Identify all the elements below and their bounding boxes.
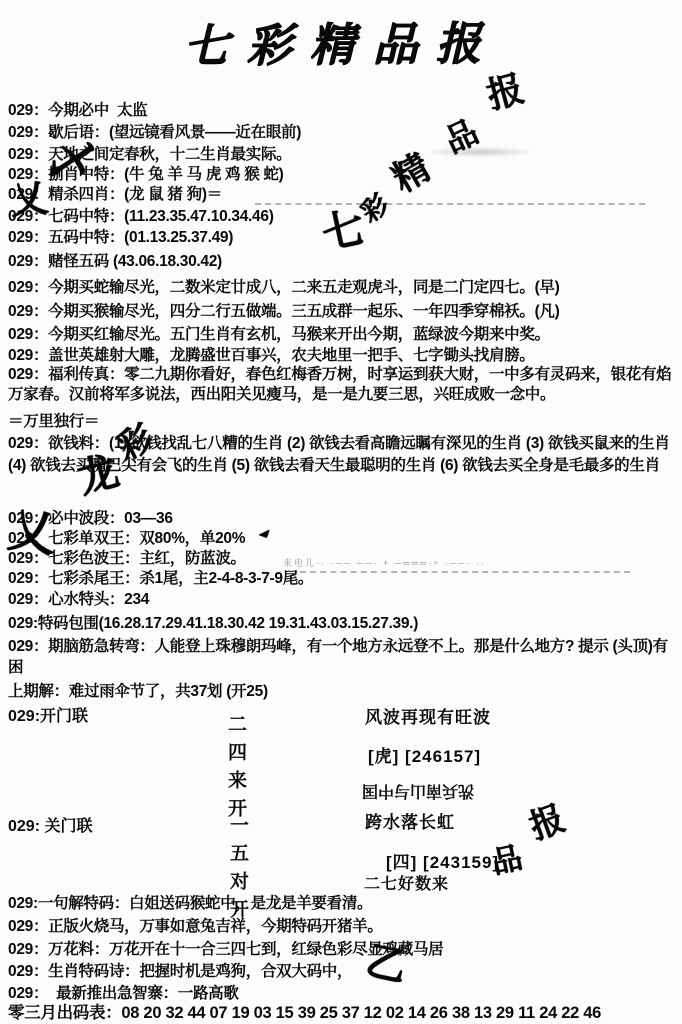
tip-line: 029：歇后语：(望远镜看风景——近在眼前) — [8, 122, 678, 143]
page-title: 七彩精品报 — [0, 5, 682, 76]
close-couplet-note: 二七好数来 — [364, 871, 449, 894]
open-couplet-label: 029:开门联 — [8, 703, 88, 726]
tip-line: 029：七彩单双王：双80%，单20% — [8, 528, 678, 549]
close-couplet-label: 029: 关门联 — [8, 813, 92, 836]
tip-line: 029：天地之间定春秋，十二生肖最实际。 — [8, 144, 678, 165]
month-number-table: 零三月出码表：08 20 32 44 07 19 03 15 39 25 37 … — [8, 1003, 678, 1024]
close-couplet-line: 跨水落长虹 — [365, 808, 455, 833]
tip-line: 029：万花料：万花开在十一合三四七到，红绿色彩尽显鸡藏马居 — [8, 939, 678, 960]
tip-line: 029：盖世英雄射大雕，龙腾盛世百事兴，农夫地里一把手、七字锄头找肩膀。 — [8, 345, 678, 366]
tip-line: ＝万里独行＝ — [8, 411, 678, 432]
tip-line: 029：五码中特：(01.13.25.37.49) — [8, 227, 678, 248]
lottery-tip-sheet: 七彩精品报 029：今期必中 太监 029：歇后语：(望远镜看风景——近在眼前)… — [0, 0, 682, 1024]
tip-line: 029：福利传真：零二九期你看好，春色红梅香万树，时享运到获大财，一中多有灵码来… — [8, 365, 678, 405]
tip-line: 029：生肖特码诗：把握时机是鸡狗，合双大码中， — [8, 961, 678, 982]
tip-line: 029:一句解特码：白姐送码猴蛇中，是龙是羊要看清。 — [8, 893, 678, 914]
tip-line: 029：心水特头：234 — [8, 589, 678, 610]
tip-line: 029：七码中特：(11.23.35.47.10.34.46) — [8, 206, 678, 227]
tip-line: 029：期脑筋急转弯：人能登上珠穆朗玛峰，有一个地方永远登不上。那是什么地方? … — [8, 636, 678, 678]
ink-stamp-char: 报 — [525, 801, 569, 845]
tip-line: 029：今期买猴输尽光，四分二行五做端。三五成群一起乐、一年四季穿棉袄。(凡) — [8, 301, 678, 322]
tip-line: 029：捌肖中特：(牛 兔 羊 马 虎 鸡 猴 蛇) — [8, 164, 678, 185]
faint-print-artifact: 来电儿·· ·── ──· + ─═══·÷ ·──· ·· — [283, 556, 633, 569]
tip-line: 029：赌怪五码 (43.06.18.30.42) — [8, 251, 678, 272]
tip-line: 上期解：难过雨伞节了，共37划 (开25) — [8, 681, 678, 702]
tip-line: 029：精杀四肖：(龙 鼠 猪 狗)＝ — [8, 184, 678, 205]
tip-line: 029：今期买蛇输尽光，二数米定廿成八，二来五走观虎斗，同是二门定四七。(早) — [8, 277, 678, 298]
tip-line: 029:特码包围(16.28.17.29.41.18.30.42 19.31.4… — [8, 613, 678, 634]
tip-line: 029：必中波段：03—36 — [8, 508, 678, 529]
tip-line: 029：欲钱料：(1) 欲钱找乱七八糟的生肖 (2) 欲钱去看高瞻远瞩有深见的生… — [8, 433, 678, 477]
open-couplet-line: 风波再现有旺波 — [365, 703, 491, 728]
dash-artifact — [255, 203, 645, 205]
tip-line: 029：正版火烧马，万事如意兔吉祥，今期特码开猪羊。 — [8, 916, 678, 937]
dash-artifact — [300, 571, 630, 573]
open-couplet-vertical: 二四来开 — [222, 714, 249, 826]
tip-line: 029： 最新推出急智寨：一路高歌 — [8, 983, 678, 1004]
tip-line: 029：今期必中 太监 — [8, 100, 678, 121]
open-couplet-inverted-line: 洗兵南山与中国 — [362, 781, 474, 804]
tip-line: 029：今期买红输尽光。五门生肖有玄机，马猴来开出今期，蓝绿波今期来中奖。 — [8, 324, 678, 345]
close-couplet-result: [四] [243159] — [386, 848, 499, 873]
open-couplet-result: [虎] [246157] — [368, 742, 481, 767]
